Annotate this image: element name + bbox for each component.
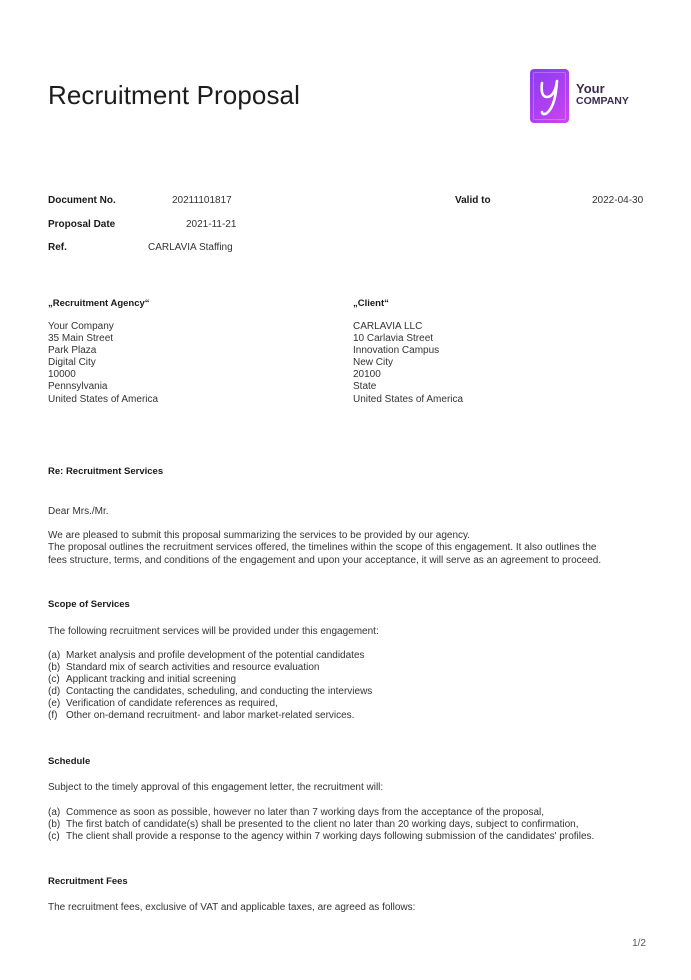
agency-line: Your Company xyxy=(48,321,158,333)
agency-line: Digital City xyxy=(48,357,158,369)
intro-line: fees structure, terms, and conditions of… xyxy=(48,555,601,567)
valid-to-value: 2022-04-30 xyxy=(592,195,643,206)
subject-heading: Re: Recruitment Services xyxy=(48,466,163,477)
intro-paragraph: We are pleased to submit this proposal s… xyxy=(48,530,601,567)
client-line: United States of America xyxy=(353,394,463,406)
list-item: (b)The first batch of candidate(s) shall… xyxy=(48,819,594,831)
ref-label: Ref. xyxy=(48,242,67,253)
list-item: (d)Contacting the candidates, scheduling… xyxy=(48,686,372,698)
client-line: Innovation Campus xyxy=(353,345,463,357)
logo-mark-icon xyxy=(530,69,569,123)
scope-lead: The following recruitment services will … xyxy=(48,626,379,638)
list-item: (c)Applicant tracking and initial screen… xyxy=(48,674,372,686)
intro-line: We are pleased to submit this proposal s… xyxy=(48,530,601,542)
agency-line: Pennsylvania xyxy=(48,381,158,393)
list-item: (a)Market analysis and profile developme… xyxy=(48,650,372,662)
proposal-date-value: 2021-11-21 xyxy=(186,219,236,230)
agency-line: United States of America xyxy=(48,394,158,406)
company-logo: Your COMPANY xyxy=(530,69,640,125)
document-title: Recruitment Proposal xyxy=(48,80,300,111)
client-line: 10 Carlavia Street xyxy=(353,333,463,345)
list-item: (c)The client shall provide a response t… xyxy=(48,831,594,843)
agency-address: Your Company 35 Main Street Park Plaza D… xyxy=(48,321,158,406)
proposal-date-label: Proposal Date xyxy=(48,219,115,230)
list-item: (b)Standard mix of search activities and… xyxy=(48,662,372,674)
intro-line: The proposal outlines the recruitment se… xyxy=(48,542,601,554)
page-number: 1/2 xyxy=(632,938,646,949)
client-address: CARLAVIA LLC 10 Carlavia Street Innovati… xyxy=(353,321,463,406)
client-line: State xyxy=(353,381,463,393)
agency-line: Park Plaza xyxy=(48,345,158,357)
scope-heading: Scope of Services xyxy=(48,599,130,610)
logo-line-1: Your xyxy=(576,83,629,95)
agency-heading: „Recruitment Agency“ xyxy=(48,298,150,309)
logo-line-2: COMPANY xyxy=(576,95,629,107)
client-line: New City xyxy=(353,357,463,369)
ref-value: CARLAVIA Staffing xyxy=(148,242,233,253)
logo-wordmark: Your COMPANY xyxy=(576,83,629,107)
document-no-value: 20211101817 xyxy=(172,195,232,206)
schedule-heading: Schedule xyxy=(48,756,90,767)
client-line: 20100 xyxy=(353,369,463,381)
schedule-lead: Subject to the timely approval of this e… xyxy=(48,782,383,794)
list-item: (a)Commence as soon as possible, however… xyxy=(48,807,594,819)
agency-line: 10000 xyxy=(48,369,158,381)
salutation: Dear Mrs./Mr. xyxy=(48,506,109,518)
valid-to-label: Valid to xyxy=(455,195,491,206)
document-no-label: Document No. xyxy=(48,195,116,206)
fees-heading: Recruitment Fees xyxy=(48,876,128,887)
schedule-list: (a)Commence as soon as possible, however… xyxy=(48,807,594,843)
list-item: (f)Other on-demand recruitment- and labo… xyxy=(48,710,372,722)
scope-list: (a)Market analysis and profile developme… xyxy=(48,650,372,723)
client-line: CARLAVIA LLC xyxy=(353,321,463,333)
list-item: (e)Verification of candidate references … xyxy=(48,698,372,710)
agency-line: 35 Main Street xyxy=(48,333,158,345)
fees-lead: The recruitment fees, exclusive of VAT a… xyxy=(48,902,415,914)
client-heading: „Client“ xyxy=(353,298,389,309)
